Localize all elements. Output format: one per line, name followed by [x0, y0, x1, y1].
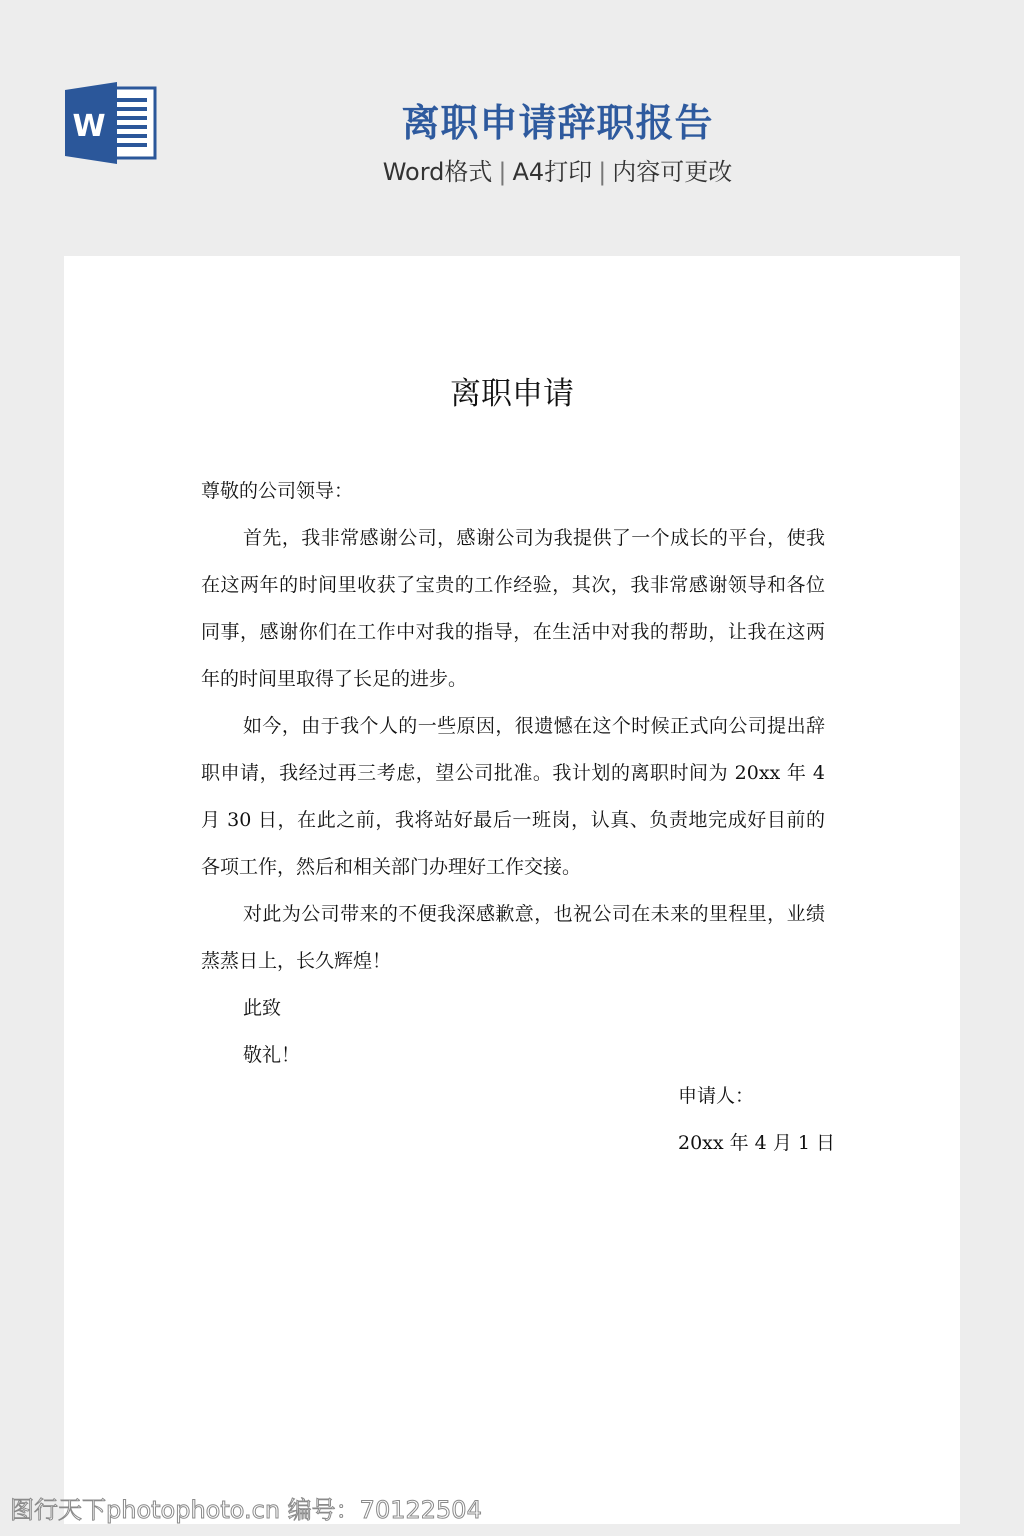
- document-title: 离职申请: [64, 368, 960, 413]
- paragraph-1: 首先，我非常感谢公司，感谢公司为我提供了一个成长的平台，使我在这两年的时间里收获…: [201, 515, 825, 703]
- svg-text:W: W: [72, 109, 105, 144]
- salutation: 尊敬的公司领导：: [201, 468, 825, 515]
- closing-line-2: 敬礼！: [201, 1032, 825, 1079]
- header-title: 离职申请辞职报告: [300, 92, 815, 147]
- document-page: 离职申请 尊敬的公司领导： 首先，我非常感谢公司，感谢公司为我提供了一个成长的平…: [64, 256, 960, 1524]
- watermark: 图行天下photophoto.cn 编号：70122504: [10, 1490, 482, 1525]
- paragraph-2: 如今，由于我个人的一些原因，很遗憾在这个时候正式向公司提出辞职申请，我经过再三考…: [201, 703, 825, 891]
- closing-line-1: 此致: [201, 985, 825, 1032]
- subtitle-separator: |: [598, 158, 606, 186]
- subtitle-separator: |: [498, 158, 506, 186]
- word-icon: W: [65, 82, 157, 164]
- document-body: 尊敬的公司领导： 首先，我非常感谢公司，感谢公司为我提供了一个成长的平台，使我在…: [201, 468, 825, 1079]
- signature-block: 申请人： 20xx 年 4 月 1 日: [678, 1073, 835, 1167]
- header-subtitle: Word格式|A4打印|内容可更改: [300, 152, 815, 187]
- subtitle-print: A4打印: [513, 158, 593, 186]
- signature-date: 20xx 年 4 月 1 日: [678, 1120, 835, 1167]
- paragraph-3: 对此为公司带来的不便我深感歉意，也祝公司在未来的里程里，业绩蒸蒸日上，长久辉煌！: [201, 891, 825, 985]
- subtitle-format: Word格式: [383, 158, 493, 186]
- applicant-label: 申请人：: [678, 1073, 835, 1120]
- subtitle-editable: 内容可更改: [612, 158, 732, 186]
